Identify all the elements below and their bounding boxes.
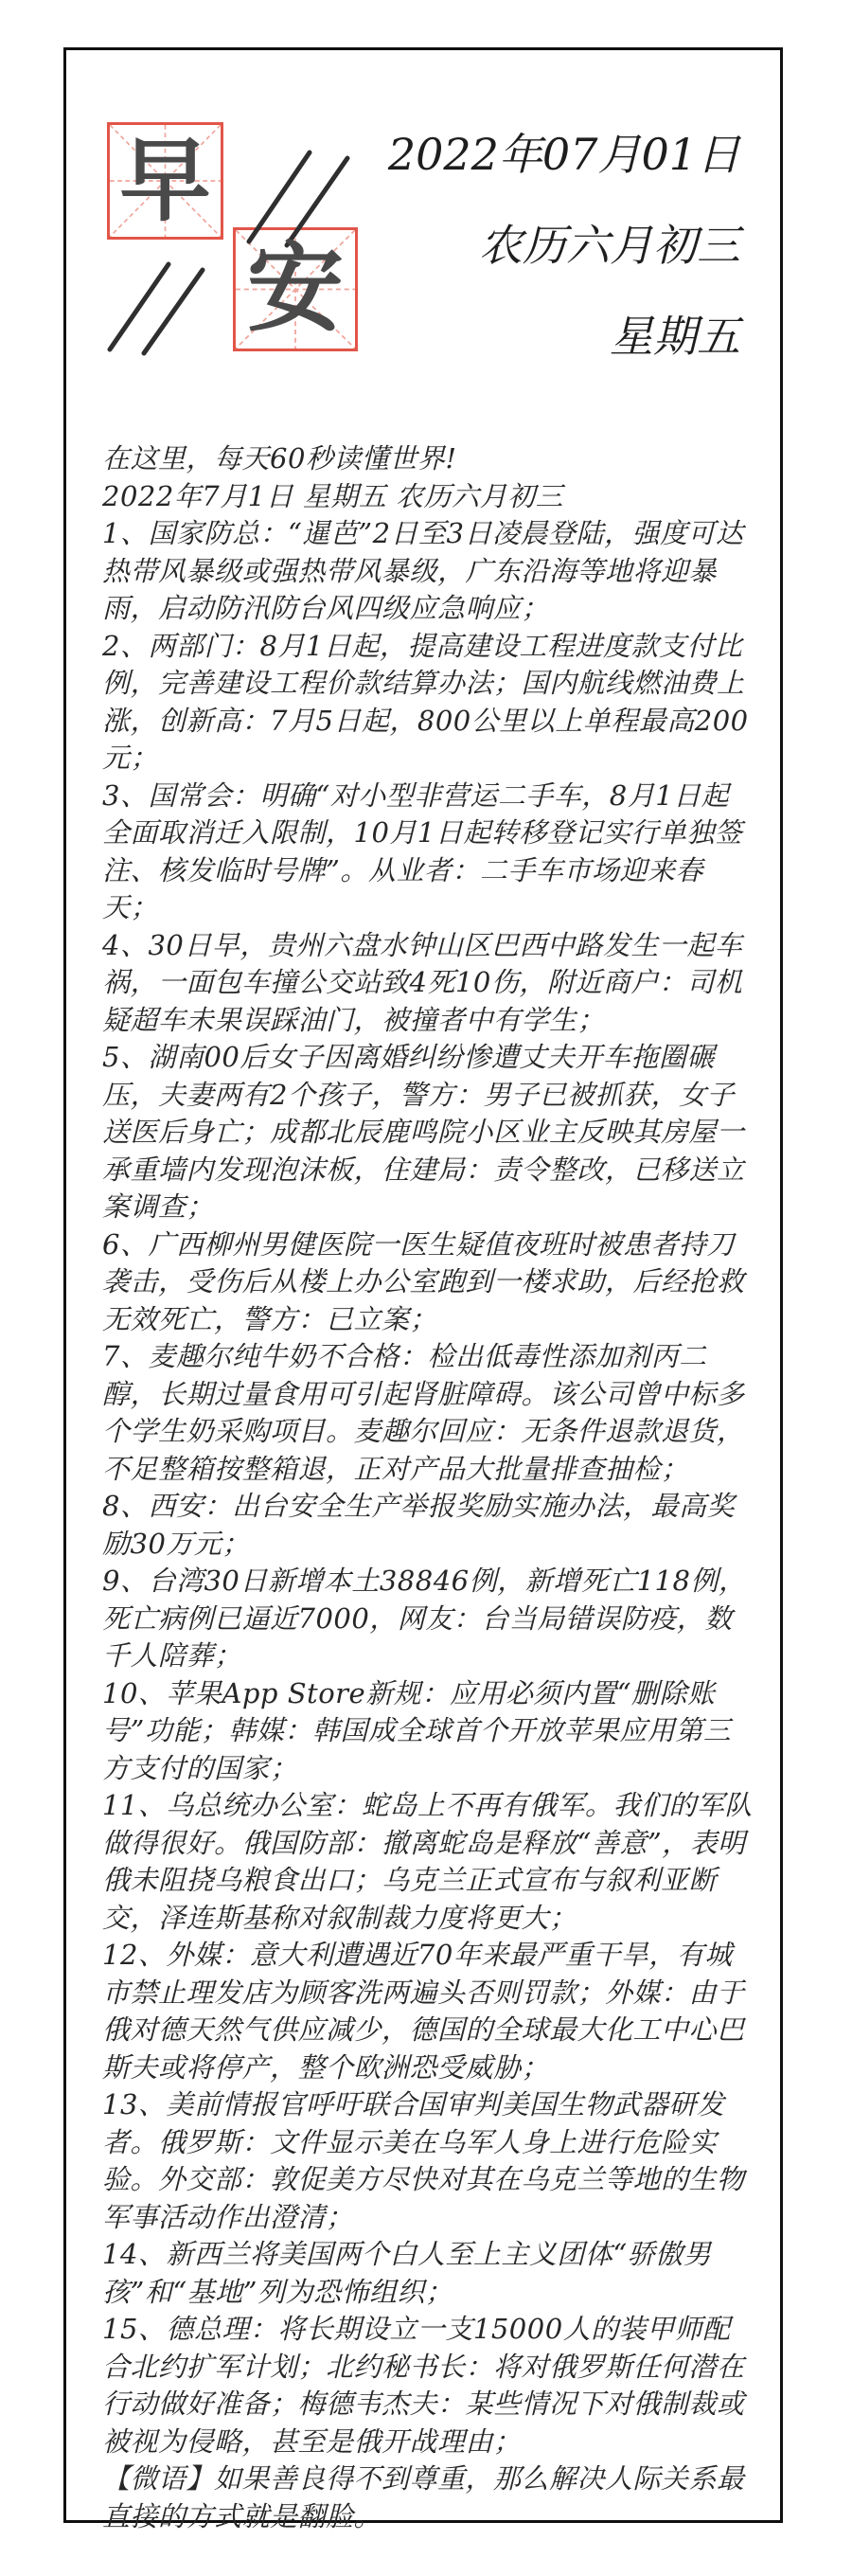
double-slash-icon [104,257,210,357]
news-item-13: 13、美前情报官呼吁联合国审判美国生物武器研发者。俄罗斯：文件显示美在乌军人身上… [102,2086,755,2236]
intro-line: 在这里，每天60秒读懂世界! [102,440,755,478]
news-item-4: 4、30日早，贵州六盘水钟山区巴西中路发生一起车祸，一面包车撞公交站致4死10伤… [102,927,755,1040]
date-gregorian: 2022年07月01日 [388,109,740,200]
news-item-5: 5、湖南00后女子因离婚纠纷惨遭丈夫开车拖圈碾压，夫妻两有2个孩子，警方：男子已… [102,1039,755,1226]
logo-char-an: 安 [247,241,344,338]
date-weekday: 星期五 [388,291,740,382]
news-item-7: 7、麦趣尔纯牛奶不合格：检出低毒性添加剂丙二醇，长期过量食用可引起肾脏障碍。该公… [102,1338,755,1488]
news-item-14: 14、新西兰将美国两个白人至上主义团体“骄傲男孩”和“基地”列为恐怖组织； [102,2236,755,2311]
logo-box-an: 安 [233,227,358,351]
news-item-6: 6、广西柳州男健医院一医生疑值夜班时被患者持刀袭击，受伤后从楼上办公室跑到一楼求… [102,1226,755,1339]
news-item-8: 8、西安：出台安全生产举报奖励实施办法，最高奖励30万元； [102,1488,755,1563]
date-block: 2022年07月01日 农历六月初三 星期五 [388,109,740,382]
morning-news-page: { "page": { "background": "#ffffff", "fr… [0,0,852,2576]
logo-char-zao: 早 [120,135,211,226]
news-body: 在这里，每天60秒读懂世界! 2022年7月1日 星期五 农历六月初三 1、国家… [102,440,755,2535]
news-item-2: 2、两部门：8月1日起，提高建设工程进度款支付比例，完善建设工程价款结算办法；国… [102,628,755,778]
logo-box-zao: 早 [107,122,223,240]
weiyu-quote: 【微语】如果善良得不到尊重，那么解决人际关系最直接的方式就是翻脸。 [102,2460,755,2535]
page-frame: 早 安 2022年07月01日 农历六月初三 星期五 在这里，每天60秒读懂世界… [63,47,783,2523]
news-item-12: 12、外媒：意大利遭遇近70年来最严重干旱，有城市禁止理发店为顾客洗两遍头否则罚… [102,1937,755,2086]
date-lunar: 农历六月初三 [388,200,740,291]
news-item-9: 9、台湾30日新增本土38846例，新增死亡118例，死亡病例已逼近7000，网… [102,1563,755,1675]
news-item-3: 3、国常会：明确“对小型非营运二手车，8月1日起全面取消迁入限制，10月1日起转… [102,778,755,927]
news-item-10: 10、苹果App Store新规：应用必须内置“删除账号”功能；韩媒：韩国成全球… [102,1675,755,1788]
news-item-11: 11、乌总统办公室：蛇岛上不再有俄军。我们的军队做得很好。俄国防部：撤离蛇岛是释… [102,1787,755,1937]
news-item-15: 15、德总理：将长期设立一支15000人的装甲师配合北约扩军计划；北约秘书长：将… [102,2311,755,2460]
date-header-line: 2022年7月1日 星期五 农历六月初三 [102,478,755,516]
news-item-1: 1、国家防总：“暹芭”2日至3日凌晨登陆，强度可达热带风暴级或强热带风暴级，广东… [102,515,755,628]
